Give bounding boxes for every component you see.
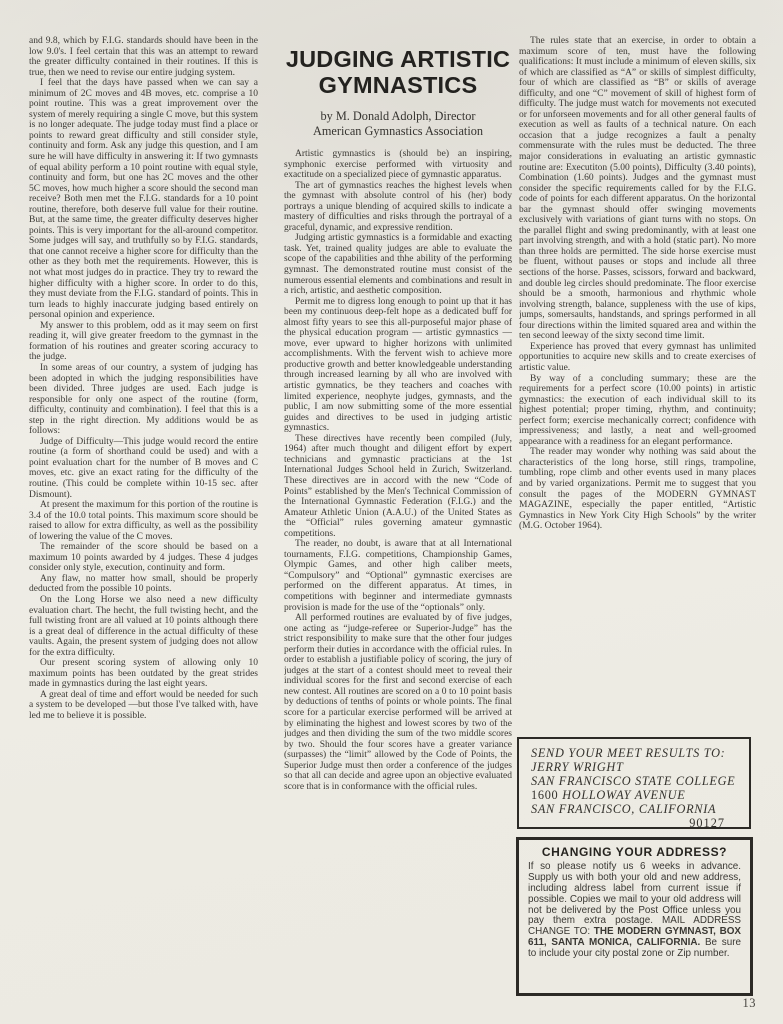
article-byline: by M. Donald Adolph, Director American G… — [284, 109, 512, 139]
paragraph: At present the maximum for this portion … — [29, 500, 258, 542]
results-heading: SEND YOUR MEET RESULTS TO: — [531, 746, 739, 760]
byline-author: by M. Donald Adolph, Director — [284, 109, 512, 124]
paragraph: By way of a concluding summary; these ar… — [519, 374, 756, 448]
magazine-page: and 9.8, which by F.I.G. standards shoul… — [0, 0, 783, 1024]
paragraph: My answer to this problem, odd as it may… — [29, 321, 258, 363]
paragraph: and 9.8, which by F.I.G. standards shoul… — [29, 36, 258, 78]
paragraph: In some areas of our country, a system o… — [29, 363, 258, 437]
column-center-paragraphs: Artistic gymnastics is (should be) an in… — [284, 149, 512, 792]
paragraph: The reader, no doubt, is aware that at a… — [284, 539, 512, 613]
paragraph: Permit me to digress long enough to poin… — [284, 297, 512, 434]
paragraph: Any flaw, no matter how small, should be… — [29, 574, 258, 595]
byline-association: American Gymnastics Association — [284, 124, 512, 139]
paragraph: The rules state that an exercise, in ord… — [519, 36, 756, 342]
page-number: 13 — [743, 996, 757, 1011]
results-street-line: 1600 HOLLOWAY AVENUE — [531, 788, 739, 802]
paragraph: Judging artistic gymnastics is a formida… — [284, 233, 512, 296]
paragraph: Experience has proved that every gymnast… — [519, 342, 756, 374]
results-recipient-name: JERRY WRIGHT — [531, 760, 739, 774]
article-title-line2: GYMNASTICS — [284, 72, 512, 98]
results-street-name: HOLLOWAY AVENUE — [562, 788, 685, 802]
paragraph: I feel that the days have passed when we… — [29, 78, 258, 321]
results-college: SAN FRANCISCO STATE COLLEGE — [531, 774, 739, 788]
results-zip-code: 90127 — [531, 816, 739, 830]
address-box-body: If so please notify us 6 weeks in advanc… — [528, 862, 741, 960]
results-city: SAN FRANCISCO, CALIFORNIA — [531, 802, 739, 816]
paragraph: The reader may wonder why nothing was sa… — [519, 447, 756, 531]
article-title: JUDGING ARTISTIC GYMNASTICS — [284, 46, 512, 98]
paragraph: All performed routines are evaluated by … — [284, 613, 512, 792]
column-left: and 9.8, which by F.I.G. standards shoul… — [29, 36, 258, 996]
paragraph: These directives have recently been comp… — [284, 434, 512, 539]
paragraph: Our present scoring system of allowing o… — [29, 658, 258, 690]
article-title-line1: JUDGING ARTISTIC — [284, 46, 512, 72]
paragraph: A great deal of time and effort would be… — [29, 690, 258, 722]
change-of-address-notice-box: CHANGING YOUR ADDRESS? If so please noti… — [516, 837, 753, 996]
paragraph: On the Long Horse we also need a new dif… — [29, 595, 258, 658]
paragraph: The remainder of the score should be bas… — [29, 542, 258, 574]
results-street-number: 1600 — [531, 788, 558, 802]
column-right: The rules state that an exercise, in ord… — [519, 36, 756, 736]
paragraph: Judge of Difficulty—This judge would rec… — [29, 437, 258, 500]
paragraph: The art of gymnastics reaches the highes… — [284, 181, 512, 234]
paragraph: Artistic gymnastics is (should be) an in… — [284, 149, 512, 181]
address-box-title: CHANGING YOUR ADDRESS? — [528, 847, 741, 858]
column-center: JUDGING ARTISTIC GYMNASTICS by M. Donald… — [284, 36, 512, 998]
meet-results-notice-box: SEND YOUR MEET RESULTS TO: JERRY WRIGHT … — [517, 737, 751, 829]
